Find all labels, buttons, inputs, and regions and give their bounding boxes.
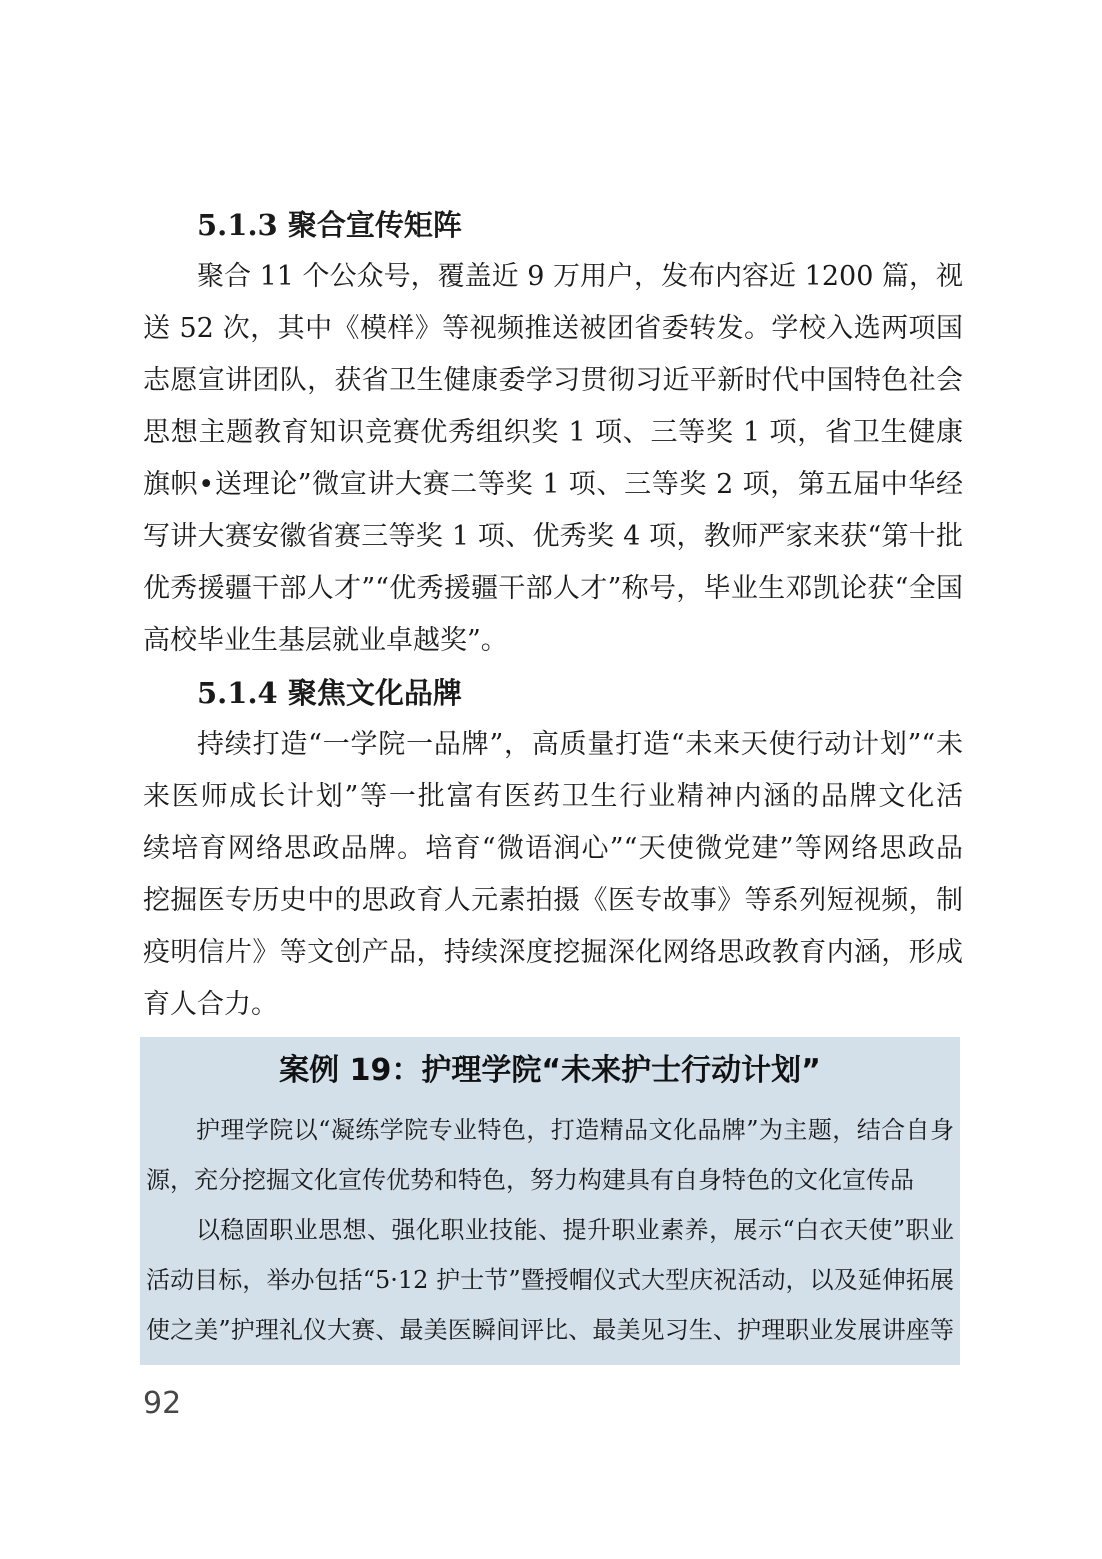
section-heading-5-1-4: 5.1.4 聚焦文化品牌 (143, 667, 963, 719)
text-line: 志愿宣讲团队，获省卫生健康委学习贯彻习近平新时代中国特色社会主义 (143, 355, 963, 407)
text-line: 以稳固职业思想、强化职业技能、提升职业素养，展示“白衣天使”职业形象为 (146, 1205, 954, 1255)
section-heading-5-1-3: 5.1.3 聚合宣传矩阵 (143, 199, 963, 251)
text-line: 持续打造“一学院一品牌”，高质量打造“未来天使行动计划”“未 (143, 719, 963, 771)
case-19-callout-box: 案例 19：护理学院“未来护士行动计划” 护理学院以“凝练学院专业特色，打造精品… (140, 1037, 960, 1365)
text-line: 护理学院以“凝练学院专业特色，打造精品文化品牌”为主题，结合自身专业资 (146, 1105, 954, 1155)
text-line: 使之美”护理礼仪大赛、最美医瞬间评比、最美见习生、护理职业发展讲座等系列活 (146, 1305, 954, 1355)
case-box-title: 案例 19：护理学院“未来护士行动计划” (146, 1051, 954, 1091)
case-box-paragraph-2: 以稳固职业思想、强化职业技能、提升职业素养，展示“白衣天使”职业形象为 活动目标… (146, 1205, 954, 1355)
text-line: 来医师成长计划”等一批富有医药卫生行业精神内涵的品牌文化活动；持 (143, 771, 963, 823)
page-number: 92 (143, 1386, 181, 1421)
case-box-paragraph-1: 护理学院以“凝练学院专业特色，打造精品文化品牌”为主题，结合自身专业资 源，充分… (146, 1105, 954, 1205)
text-line: 写讲大赛安徽省赛三等奖 1 项、优秀奖 4 项，教师严家来获“第十批省市 (143, 511, 963, 563)
text-line: 疫明信片》等文创产品，持续深度挖掘深化网络思政教育内涵，形成协同 (143, 927, 963, 979)
text-line: 高校毕业生基层就业卓越奖”。 (143, 615, 963, 667)
text-line: 育人合力。 (143, 979, 963, 1031)
text-line: 旗帜•送理论”微宣讲大赛二等奖 1 项、三等奖 2 项，第五届中华经典诵 (143, 459, 963, 511)
text-line: 源，充分挖掘文化宣传优势和特色，努力构建具有自身特色的文化宣传品牌。 (146, 1155, 954, 1205)
text-line: 聚合 11 个公众号，覆盖近 9 万用户，发布内容近 1200 篇，视频号推 (143, 251, 963, 303)
text-line: 挖掘医专历史中的思政育人元素拍摄《医专故事》等系列短视频，制作《抗 (143, 875, 963, 927)
text-line: 续培育网络思政品牌。培育“微语润心”“天使微党建”等网络思政品牌， (143, 823, 963, 875)
text-line: 送 52 次，其中《模样》等视频推送被团省委转发。学校入选两项国家级 (143, 303, 963, 355)
text-line: 活动目标，举办包括“5·12 护士节”暨授帽仪式大型庆祝活动，以及延伸拓展的“天 (146, 1255, 954, 1305)
text-line: 思想主题教育知识竞赛优秀组织奖 1 项、三等奖 1 项，省卫生健康委“举 (143, 407, 963, 459)
paragraph-5-1-3: 聚合 11 个公众号，覆盖近 9 万用户，发布内容近 1200 篇，视频号推 送… (143, 251, 963, 667)
page-content: 5.1.3 聚合宣传矩阵 聚合 11 个公众号，覆盖近 9 万用户，发布内容近 … (143, 199, 963, 1365)
document-page: 5.1.3 聚合宣传矩阵 聚合 11 个公众号，覆盖近 9 万用户，发布内容近 … (0, 0, 1102, 1559)
text-line: 优秀援疆干部人才”“优秀援疆干部人才”称号，毕业生邓凯论获“全国 (143, 563, 963, 615)
paragraph-5-1-4: 持续打造“一学院一品牌”，高质量打造“未来天使行动计划”“未 来医师成长计划”等… (143, 719, 963, 1031)
